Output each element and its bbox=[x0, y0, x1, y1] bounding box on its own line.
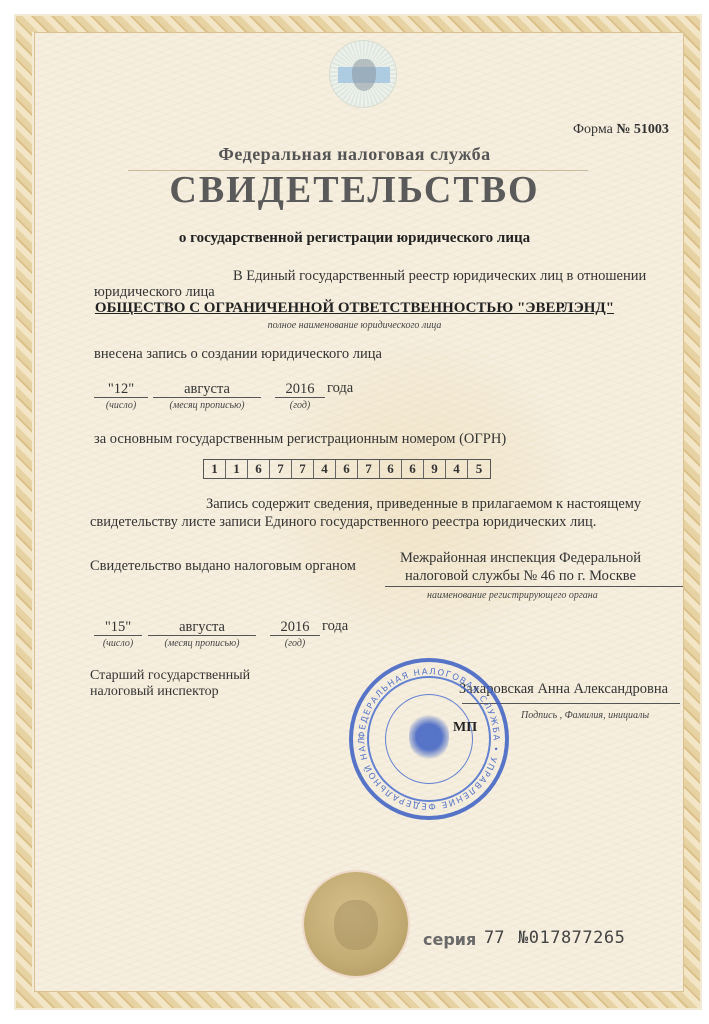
ogrn-digit: 6 bbox=[380, 460, 402, 478]
ogrn-boxes: 1167746766945 bbox=[203, 459, 491, 479]
form-number: Форма № 51003 bbox=[573, 122, 669, 138]
ogrn-digit: 4 bbox=[314, 460, 336, 478]
registration-year-hint: (год) bbox=[275, 400, 325, 411]
registration-year: 2016 bbox=[275, 380, 325, 398]
issue-month: августа bbox=[148, 618, 256, 636]
record-line-1: Запись содержит сведения, приведенные в … bbox=[206, 496, 641, 513]
issue-day-hint: (число) bbox=[94, 638, 142, 649]
hologram-emblem-icon bbox=[329, 40, 397, 108]
issue-day: "15" bbox=[94, 618, 142, 636]
issuer-line-1: Межрайонная инспекция Федеральной bbox=[400, 550, 641, 567]
ogrn-digit: 6 bbox=[248, 460, 270, 478]
official-stamp: ФЕДЕРАЛЬНАЯ НАЛОГОВАЯ СЛУЖБА • УПРАВЛЕНИ… bbox=[349, 658, 509, 820]
signature-hint: Подпись , Фамилия, инициалы bbox=[521, 710, 649, 721]
registration-month-hint: (месяц прописью) bbox=[153, 400, 261, 411]
intro-line-1: В Единый государственный реестр юридичес… bbox=[233, 268, 646, 285]
organization-name-hint: полное наименование юридического лица bbox=[0, 320, 709, 331]
form-number-value: № 51003 bbox=[616, 122, 669, 137]
ogrn-digit: 7 bbox=[358, 460, 380, 478]
stamp-ring-text: ФЕДЕРАЛЬНАЯ НАЛОГОВАЯ СЛУЖБА • УПРАВЛЕНИ… bbox=[353, 662, 505, 816]
registration-day: "12" bbox=[94, 380, 148, 398]
ogrn-digit: 7 bbox=[270, 460, 292, 478]
organization-name: ОБЩЕСТВО С ОГРАНИЧЕННОЙ ОТВЕТСТВЕННОСТЬЮ… bbox=[0, 300, 709, 317]
document-subtitle: о государственной регистрации юридическо… bbox=[0, 230, 709, 247]
issue-month-hint: (месяц прописью) bbox=[148, 638, 256, 649]
issuer-hint: наименование регистрирующего органа bbox=[427, 590, 598, 601]
record-line-2: свидетельству листе записи Единого госуд… bbox=[90, 514, 596, 531]
issuer-line-2: налоговой службы № 46 по г. Москве bbox=[405, 568, 636, 585]
registration-day-hint: (число) bbox=[94, 400, 148, 411]
seal-eagle-icon bbox=[334, 900, 378, 950]
svg-text:ФЕДЕРАЛЬНАЯ НАЛОГОВАЯ СЛУЖБА •: ФЕДЕРАЛЬНАЯ НАЛОГОВАЯ СЛУЖБА • УПРАВЛЕНИ… bbox=[353, 662, 501, 811]
issued-by-label: Свидетельство выдано налоговым органом bbox=[90, 558, 356, 575]
ogrn-digit: 7 bbox=[292, 460, 314, 478]
ogrn-digit: 4 bbox=[446, 460, 468, 478]
ogrn-digit: 5 bbox=[468, 460, 490, 478]
agency-name: Федеральная налоговая служба bbox=[0, 144, 709, 165]
ogrn-digit: 1 bbox=[226, 460, 248, 478]
issue-year: 2016 bbox=[270, 618, 320, 636]
gold-seal bbox=[304, 872, 408, 976]
entry-text: внесена запись о создании юридического л… bbox=[94, 346, 382, 363]
ogrn-digit: 1 bbox=[204, 460, 226, 478]
inspector-title-line-2: налоговый инспектор bbox=[90, 684, 219, 700]
registration-year-suffix: года bbox=[327, 380, 353, 397]
issue-year-suffix: года bbox=[322, 618, 348, 635]
document-title: СВИДЕТЕЛЬСТВО bbox=[0, 168, 709, 212]
serial-series: 77 bbox=[484, 928, 504, 948]
stamp-mark: МП bbox=[453, 720, 477, 736]
ogrn-digit: 9 bbox=[424, 460, 446, 478]
form-label: Форма bbox=[573, 122, 613, 137]
ogrn-digit: 6 bbox=[336, 460, 358, 478]
issuer-underline bbox=[385, 586, 683, 587]
inspector-title-line-1: Старший государственный bbox=[90, 668, 250, 684]
intro-line-2: юридического лица bbox=[94, 284, 215, 301]
double-headed-eagle-icon bbox=[352, 59, 376, 91]
serial-number: №017877265 bbox=[518, 928, 625, 948]
ogrn-label: за основным государственным регистрацион… bbox=[94, 431, 506, 448]
ogrn-digit: 6 bbox=[402, 460, 424, 478]
serial-label: серия bbox=[423, 930, 476, 949]
registration-month: августа bbox=[153, 380, 261, 398]
issue-year-hint: (год) bbox=[270, 638, 320, 649]
